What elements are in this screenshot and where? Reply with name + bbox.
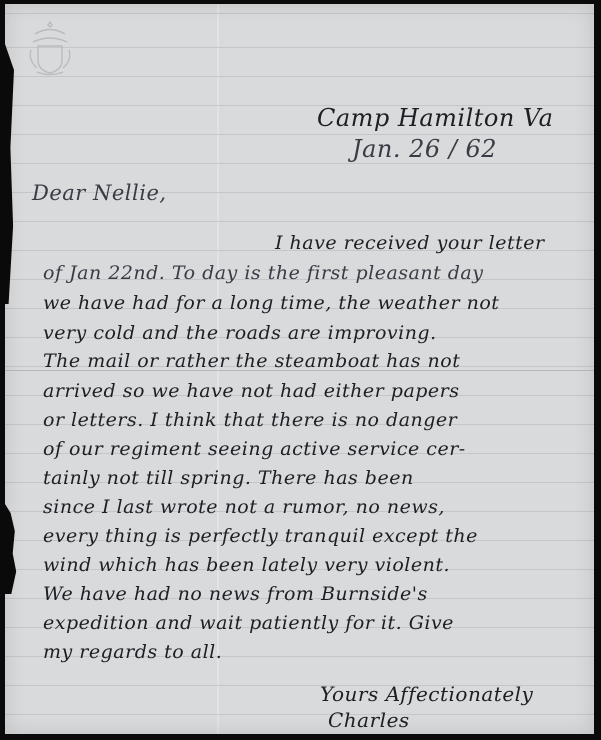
letter-place: Camp Hamilton Va [317,104,553,132]
body-line: wind which has been lately very violent. [43,554,450,576]
signature: Charles [328,708,410,732]
body-line: of our regiment seeing active service ce… [43,438,466,460]
torn-edge-top [5,44,14,304]
letter-date: Jan. 26 / 62 [352,135,497,163]
body-line: or letters. I think that there is no dan… [43,409,457,431]
body-line: my regards to all. [43,641,222,663]
salutation: Dear Nellie, [32,181,167,205]
body-line: The mail or rather the steamboat has not [43,350,460,372]
body-line: We have had no news from Burnside's [43,583,428,605]
body-line: tainly not till spring. There has been [43,467,414,489]
body-line: arrived so we have not had either papers [43,380,460,402]
body-line: since I last wrote not a rumor, no news, [43,496,445,518]
body-line: of Jan 22nd. To day is the first pleasan… [43,262,484,284]
body-line: we have had for a long time, the weather… [43,292,499,314]
body-line: very cold and the roads are improving. [43,322,437,344]
body-line: expedition and wait patiently for it. Gi… [43,612,454,634]
valediction: Yours Affectionately [320,682,533,706]
body-line: I have received your letter [275,232,545,254]
body-line: every thing is perfectly tranquil except… [43,525,478,547]
torn-edge [5,504,19,594]
crest-emblem-icon [27,20,73,76]
letter-paper: Camp Hamilton Va Jan. 26 / 62 Dear Nelli… [5,4,594,734]
